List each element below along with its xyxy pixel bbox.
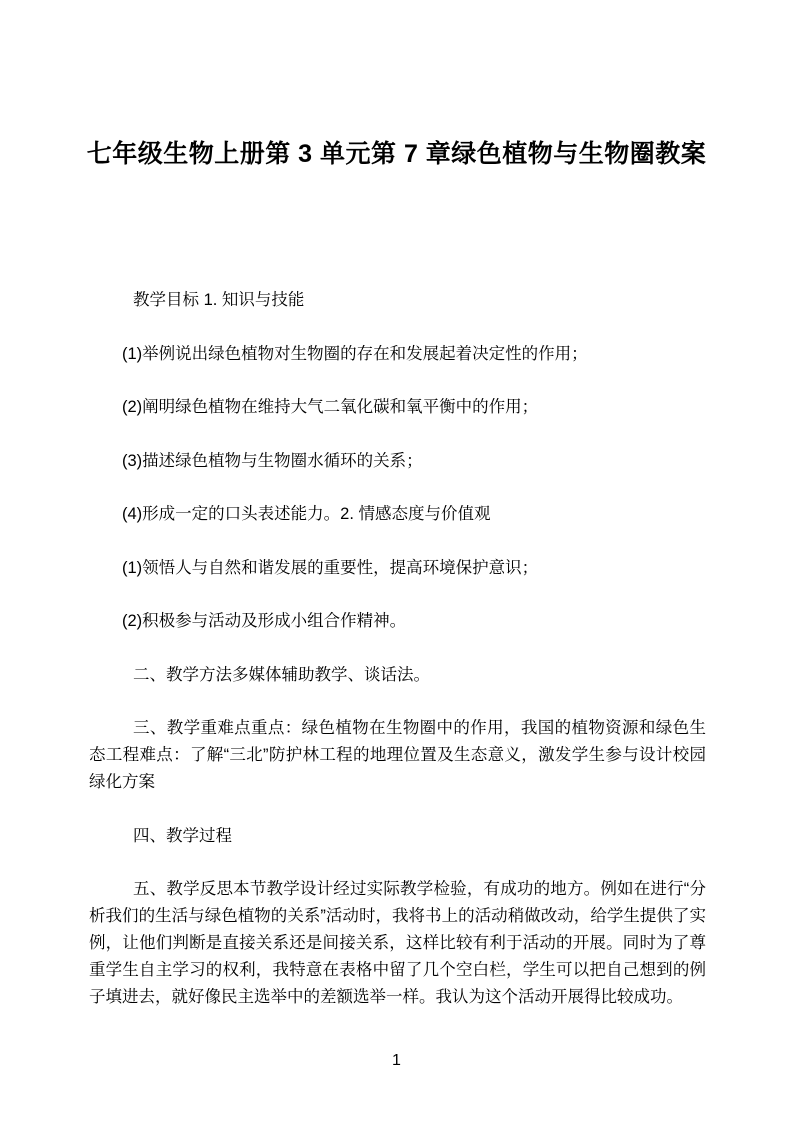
document-title: 七年级生物上册第 3 单元第 7 章绿色植物与生物圈教案 — [0, 0, 793, 169]
paragraph-knowledge-skill-4: (4)形成一定的口头表述能力。2. 情感态度与价值观 — [89, 501, 706, 528]
paragraph-knowledge-skill-3: (3)描述绿色植物与生物圈水循环的关系； — [89, 448, 706, 475]
paragraph-knowledge-skill-2: (2)阐明绿色植物在维持大气二氧化碳和氧平衡中的作用； — [89, 394, 706, 421]
paragraph-emotion-value-2: (2)积极参与活动及形成小组合作精神。 — [89, 608, 706, 635]
page-number: 1 — [392, 1052, 401, 1069]
document-page: 七年级生物上册第 3 单元第 7 章绿色植物与生物圈教案 教学目标 1. 知识与… — [0, 0, 793, 1122]
paragraph-emotion-value-1: (1)领悟人与自然和谐发展的重要性，提高环境保护意识； — [89, 555, 706, 582]
document-body: 教学目标 1. 知识与技能 (1)举例说出绿色植物对生物圈的存在和发展起着决定性… — [89, 287, 706, 1011]
paragraph-knowledge-skill-1: (1)举例说出绿色植物对生物圈的存在和发展起着决定性的作用； — [89, 341, 706, 368]
paragraph-objectives-heading: 教学目标 1. 知识与技能 — [89, 287, 706, 314]
paragraph-key-difficult-points: 三、教学重难点重点：绿色植物在生物圈中的作用，我国的植物资源和绿色生态工程难点：… — [89, 715, 706, 796]
paragraph-teaching-process: 四、教学过程 — [89, 823, 706, 850]
paragraph-teaching-reflection: 五、教学反思本节教学设计经过实际教学检验，有成功的地方。例如在进行“分析我们的生… — [89, 876, 706, 1011]
paragraph-teaching-methods: 二、教学方法多媒体辅助教学、谈话法。 — [89, 662, 706, 689]
page-footer: 1 — [0, 1051, 793, 1071]
